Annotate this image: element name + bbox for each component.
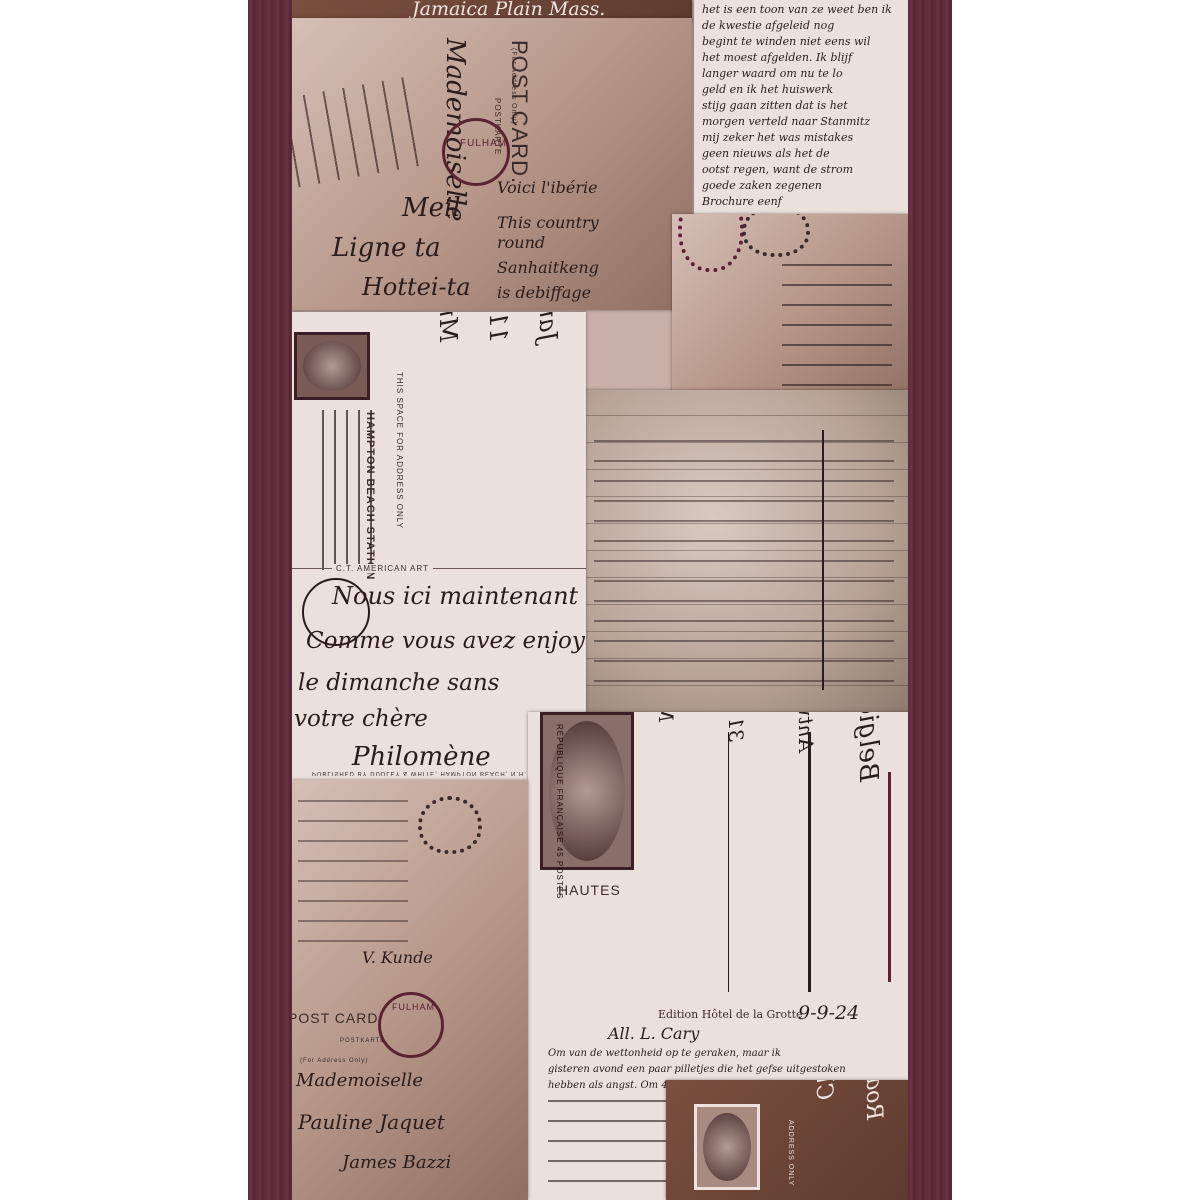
bottom-ornament-icon [418, 796, 482, 854]
american-art-card: HAMPTON BEACH STATION THIS SPACE FOR ADD… [292, 312, 586, 780]
letter-line: geld en ik het huiswerk [702, 82, 892, 98]
stamp-bottom-icon [694, 1104, 760, 1190]
top-strip-script: Jamaica Plain Mass. [412, 0, 605, 20]
letter-line: Brochure eenf [702, 194, 892, 210]
letter-lines: het is een toon van ze weet ben ik de kw… [702, 2, 892, 210]
bottom-name: Pauline Jaquet [298, 1110, 445, 1134]
collage-panel: Jamaica Plain Mass. POST CARD. POSTKARTE… [292, 0, 908, 1200]
bottom-postmark-text: FULHAM [392, 1002, 435, 1012]
message-line-2: Comme vous avez enjoyé [306, 628, 586, 654]
script-line-6: Ligne ta [332, 233, 441, 263]
post-card-bottom: V. Kunde POST CARD. POSTKARTE (For Addre… [292, 780, 528, 1200]
dark-card-script-1: Chalmel [811, 1080, 836, 1100]
scribble-left [292, 76, 429, 191]
script-line-8: Meil [402, 193, 461, 223]
letter-line: de kwestie afgeleid nog [702, 18, 892, 34]
address-rule [808, 732, 811, 992]
address-line-3: Jamaica Plain Mass. [534, 312, 562, 342]
script-line-3: round [497, 233, 545, 252]
address-rule [728, 732, 729, 992]
hotel-imprint: Edition Hôtel de la Grotte [658, 1008, 803, 1021]
letter-line: het is een toon van ze weet ben ik [702, 2, 892, 18]
address-line-2: 11 Paxton Road [484, 312, 512, 342]
right-border [908, 0, 952, 1200]
stamp-portrait-icon [294, 332, 370, 400]
bottom-post-card-title: POST CARD. [292, 1010, 383, 1026]
script-line-5: is debiffage [497, 283, 591, 302]
letter-line: goede zaken zegenen [702, 178, 892, 194]
address-rule [888, 772, 891, 982]
post-card-note: (For Address Only) [510, 48, 517, 125]
dark-card-bottom: ADDRESS ONLY Chalmel Road [666, 1080, 908, 1200]
message-line-3: le dimanche sans [298, 670, 499, 696]
dark-card-script-2: Road [861, 1080, 886, 1120]
sepia-strip-right [672, 214, 908, 414]
left-border [248, 0, 292, 1200]
fr-address-4: Belgie [853, 712, 883, 782]
fr-address-1: Mesdemoiselle Pauwels-Gilles [654, 712, 678, 722]
address-only-header: THIS SPACE FOR ADDRESS ONLY [395, 372, 404, 529]
wax-seal-icon [678, 214, 744, 272]
margin-line [822, 430, 824, 690]
mirror-letter [584, 390, 908, 712]
letter-top-right: het is een toon van ze weet ben ik de kw… [694, 0, 908, 214]
letter-line: begint te winden niet eens wil [702, 34, 892, 50]
bottom-signoff: V. Kunde [362, 948, 433, 967]
script-line-4: Sanhaitkeng [497, 258, 599, 277]
letter-line: het moest afgelden. Ik blijf [702, 50, 892, 66]
faded-letter [298, 800, 408, 960]
fabric-panel: Jamaica Plain Mass. POST CARD. POSTKARTE… [248, 0, 952, 1200]
post-card-top: POST CARD. POSTKARTE (For Address Only) … [292, 18, 692, 310]
fr-greeting: All. L. Cary [608, 1024, 699, 1043]
postmark-fulham [442, 118, 510, 186]
fr-address-3: Antwerpen [794, 712, 818, 752]
message-signature: Philomène [352, 742, 491, 772]
fr-body-2: gisteren avond een paar pilletjes die he… [548, 1064, 846, 1075]
bottom-addressee: Mademoiselle [296, 1070, 423, 1091]
stamp-text: RÉPUBLIQUE FRANÇAISE 45 POSTES [555, 724, 564, 899]
script-line-2: This country [497, 213, 599, 232]
letter-line: mij zeker het was mistakes [702, 130, 892, 146]
scribble-right [782, 254, 892, 404]
bottom-post-card-note: (For Address Only) [300, 1058, 368, 1064]
fr-body-1: Om van de wettonheid op te geraken, maar… [548, 1048, 781, 1059]
message-line-4: votre chère [294, 706, 428, 732]
cancel-text: HAMPTON BEACH STATION [364, 412, 376, 580]
script-line-1: Voici l'ibérie [497, 178, 598, 197]
message-line-1: Nous ici maintenant [332, 582, 578, 610]
address-line-1: Mrs. Wm A. Chalmel [434, 312, 462, 342]
letter-line: ootst regen, want de strom [702, 162, 892, 178]
letter-line: stijg gaan zitten dat is het [702, 98, 892, 114]
fr-date: 9-9-24 [798, 1002, 859, 1024]
dark-card-header: ADDRESS ONLY [787, 1120, 794, 1186]
bottom-post-card-sub: POSTKARTE [340, 1038, 385, 1044]
brand-text: C.T. AMERICAN ART [332, 564, 433, 573]
postmark-hautes: HAUTES [558, 882, 621, 898]
letter-line: langer waard om nu te lo [702, 66, 892, 82]
ornament-stamp-icon [742, 214, 810, 257]
postmark-text: FULHAM [460, 138, 507, 149]
letter-line: geen nieuws als het de [702, 146, 892, 162]
bottom-line: James Bazzi [342, 1152, 451, 1173]
letter-line: morgen verteld naar Stanmitz [702, 114, 892, 130]
script-line-7: Hottei-ta [362, 273, 471, 301]
mirror-handwriting [594, 430, 894, 700]
